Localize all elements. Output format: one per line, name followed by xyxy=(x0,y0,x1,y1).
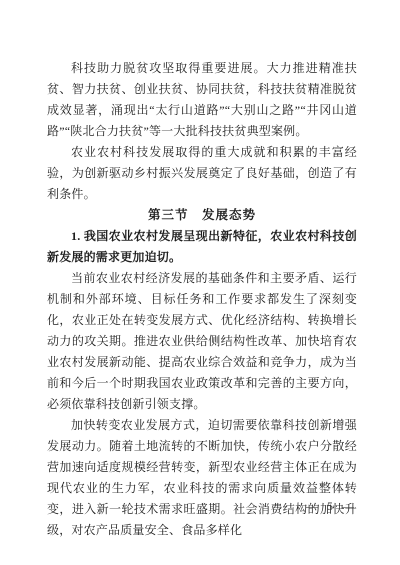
page-content: 科技助力脱贫攻坚取得重要进展。大力推进精准扶贫、智力扶贫、创业扶贫、协同扶贫，科… xyxy=(47,58,357,541)
paragraph-foundation: 农业农村科技发展取得的重大成就和积累的丰富经验，为创新驱动乡村振兴发展奠定了良好… xyxy=(47,142,357,205)
section-heading: 第三节 发展态势 xyxy=(47,205,357,226)
document-page: 科技助力脱贫攻坚取得重要进展。大力推进精准扶贫、智力扶贫、创业扶贫、协同扶贫，科… xyxy=(0,0,400,565)
page-number: — 5 — xyxy=(306,499,357,513)
paragraph-current-conditions: 当前农业农村经济发展的基础条件和主要矛盾、运行机制和外部环境、目标任务和工作要求… xyxy=(47,268,357,415)
paragraph-transform-agriculture: 加快转变农业发展方式，迫切需要依靠科技创新增强发展动力。随着土地流转的不断加快，… xyxy=(47,415,357,541)
numbered-point-1: 1. 我国农业农村发展呈现出新特征，农业农村科技创新发展的需求更加迫切。 xyxy=(47,226,357,268)
paragraph-poverty-alleviation: 科技助力脱贫攻坚取得重要进展。大力推进精准扶贫、智力扶贫、创业扶贫、协同扶贫，科… xyxy=(47,58,357,142)
